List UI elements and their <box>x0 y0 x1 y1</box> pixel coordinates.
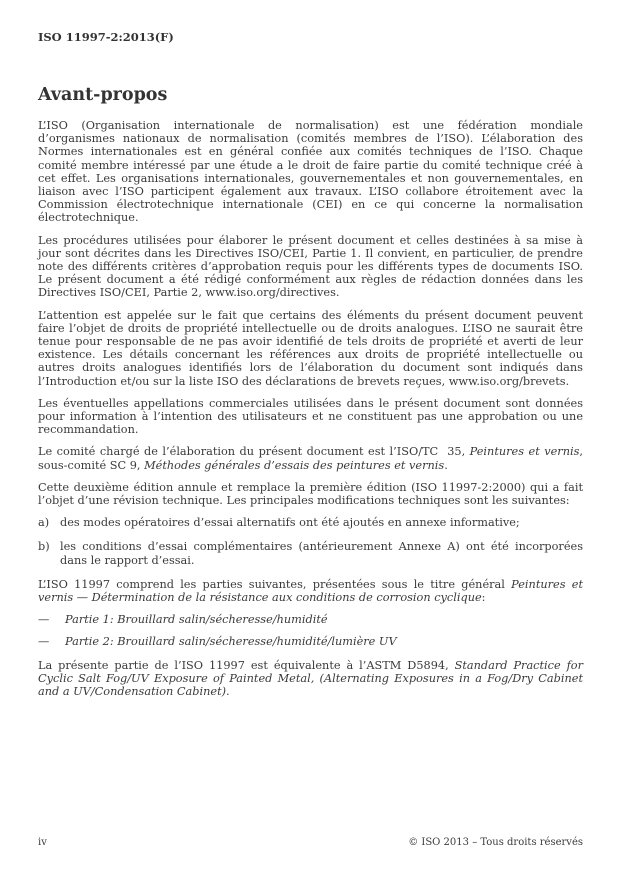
part-item-2: — Partie 2: Brouillard salin/sécheresse/… <box>38 635 583 648</box>
paragraph-iso-definition: L’ISO (Organisation internationale de no… <box>38 119 583 225</box>
astm-text-run: . <box>226 685 230 698</box>
dash-marker: — <box>38 635 65 648</box>
series-text-run: L’ISO 11997 comprend les parties suivant… <box>38 578 511 591</box>
part-2-title: Partie 2: Brouillard salin/sécheresse/hu… <box>65 635 583 648</box>
running-header: ISO 11997-2:2013(F) <box>38 30 583 44</box>
page-number: iv <box>38 837 47 848</box>
section-title-foreword: Avant-propos <box>38 85 583 105</box>
paragraph-series-parts: L’ISO 11997 comprend les parties suivant… <box>38 578 583 604</box>
paragraph-astm-equivalence: La présente partie de l’ISO 11997 est éq… <box>38 659 583 699</box>
list-item-b: b) les conditions d’essai complémentaire… <box>38 540 583 566</box>
page-footer: iv © ISO 2013 – Tous droits réservés <box>38 837 583 848</box>
paragraph-procedures: Les procédures utilisées pour élaborer l… <box>38 234 583 300</box>
dash-marker: — <box>38 613 65 626</box>
document-reference: ISO 11997-2:2013(F) <box>38 30 174 44</box>
paragraph-second-edition: Cette deuxième édition annule et remplac… <box>38 481 583 507</box>
list-marker-b: b) <box>38 540 60 566</box>
copyright-notice: © ISO 2013 – Tous droits réservés <box>408 837 583 848</box>
list-item-b-text: les conditions d’essai complémentaires (… <box>60 540 583 566</box>
paragraph-intellectual-property: L’attention est appelée sur le fait que … <box>38 309 583 388</box>
paragraph-committee: Le comité chargé de l’élaboration du pré… <box>38 445 583 471</box>
list-marker-a: a) <box>38 516 60 529</box>
series-text-run: : <box>482 591 486 604</box>
list-item-a: a) des modes opératoires d’essai alterna… <box>38 516 583 529</box>
part-item-1: — Partie 1: Brouillard salin/sécheresse/… <box>38 613 583 626</box>
committee-text-run: Le comité chargé de l’élaboration du pré… <box>38 445 470 458</box>
astm-text-run: La présente partie de l’ISO 11997 est éq… <box>38 659 455 672</box>
committee-text-run: . <box>444 459 448 472</box>
subcommittee-title-italic: Méthodes générales d’essais des peinture… <box>144 459 444 472</box>
part-1-title: Partie 1: Brouillard salin/sécheresse/hu… <box>65 613 583 626</box>
list-item-a-text: des modes opératoires d’essai alternatif… <box>60 516 583 529</box>
committee-title-italic: Peintures et vernis <box>470 445 580 458</box>
paragraph-trade-names: Les éventuelles appellations commerciale… <box>38 397 583 437</box>
document-page: ISO 11997-2:2013(F) Avant-propos L’ISO (… <box>0 0 620 876</box>
